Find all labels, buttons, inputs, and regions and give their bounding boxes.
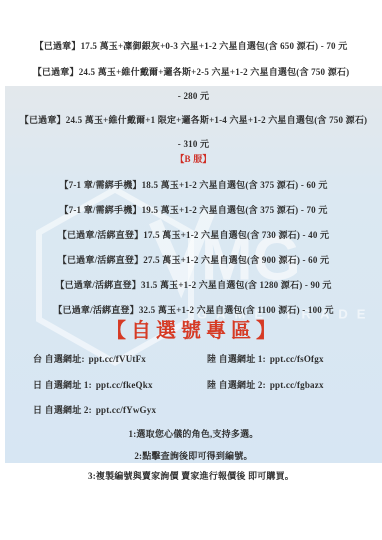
content-panel: MG GAME TRADE - 280 元 【已過章】24.5 萬玉+維什戴爾+… [5, 86, 382, 463]
link-item-cn-2: 陸 自選網址 2:ppt.cc/fgbazx [207, 378, 324, 391]
price-line-310: - 310 元 [5, 137, 382, 150]
link-url: ppt.cc/fgbazx [270, 380, 324, 390]
price-line-280: - 280 元 [5, 89, 382, 102]
link-label: 台 自選網址: [33, 354, 85, 364]
instruction-2: 2:點擊查詢後即可得到編號。 [5, 449, 382, 462]
listing-line-1: 【已過章】17.5 萬玉+凜御銀灰+0-3 六星+1-2 六星自選包(含 650… [0, 39, 382, 52]
link-url: ppt.cc/fsOfgx [270, 354, 324, 364]
listing-line-3: 【已過章】24.5 萬玉+維什戴爾+1 限定+邏各斯+1-4 六星+1-2 六星… [5, 113, 382, 126]
link-label: 日 自選網址 2: [33, 405, 92, 415]
link-item-jp-2: 日 自選網址 2:ppt.cc/fYwGyx [33, 403, 156, 416]
link-item-tw: 台 自選網址:ppt.cc/fVUtFx [33, 352, 146, 365]
listing-line-5: 【7-1 章/需綁手機】19.5 萬玉+1-2 六星自選包(含 375 源石) … [5, 203, 382, 216]
instruction-1: 1:選取您心儀的角色,支持多選。 [5, 427, 382, 440]
link-url: ppt.cc/fVUtFx [89, 354, 146, 364]
link-url: ppt.cc/fYwGyx [96, 405, 156, 415]
instruction-3: 3:複製編號與賣家詢價 賣家進行報價後 即可購買。 [0, 469, 382, 482]
v-logo-icon [155, 212, 209, 282]
link-label: 日 自選網址 1: [33, 380, 92, 390]
listing-line-2: 【已過章】24.5 萬玉+維什戴爾+邏各斯+2-5 六星+1-2 六星自選包(含… [0, 65, 382, 78]
listing-line-4: 【7-1 章/需綁手機】18.5 萬玉+1-2 六星自選包(含 375 源石) … [5, 178, 382, 191]
link-label: 陸 自選網址 1: [207, 354, 266, 364]
link-url: ppt.cc/fkeQkx [96, 380, 153, 390]
b-server-tag: 【B 服】 [5, 152, 382, 165]
listing-line-6: 【已過章/活綁直登】17.5 萬玉+1-2 六星自選包(含 730 源石) - … [5, 228, 382, 241]
listing-line-8: 【已過章/活綁直登】31.5 萬玉+1-2 六星自選包(含 1280 源石) -… [5, 278, 382, 291]
link-item-jp-1: 日 自選網址 1:ppt.cc/fkeQkx [33, 378, 153, 391]
link-label: 陸 自選網址 2: [207, 380, 266, 390]
section-heading: 【自選號專區】 [5, 314, 382, 343]
price-list-page: 【已過章】17.5 萬玉+凜御銀灰+0-3 六星+1-2 六星自選包(含 650… [0, 0, 382, 540]
link-item-cn-1: 陸 自選網址 1:ppt.cc/fsOfgx [207, 352, 324, 365]
listing-line-7: 【已過章/活綁直登】27.5 萬玉+1-2 六星自選包(含 900 源石) - … [5, 253, 382, 266]
